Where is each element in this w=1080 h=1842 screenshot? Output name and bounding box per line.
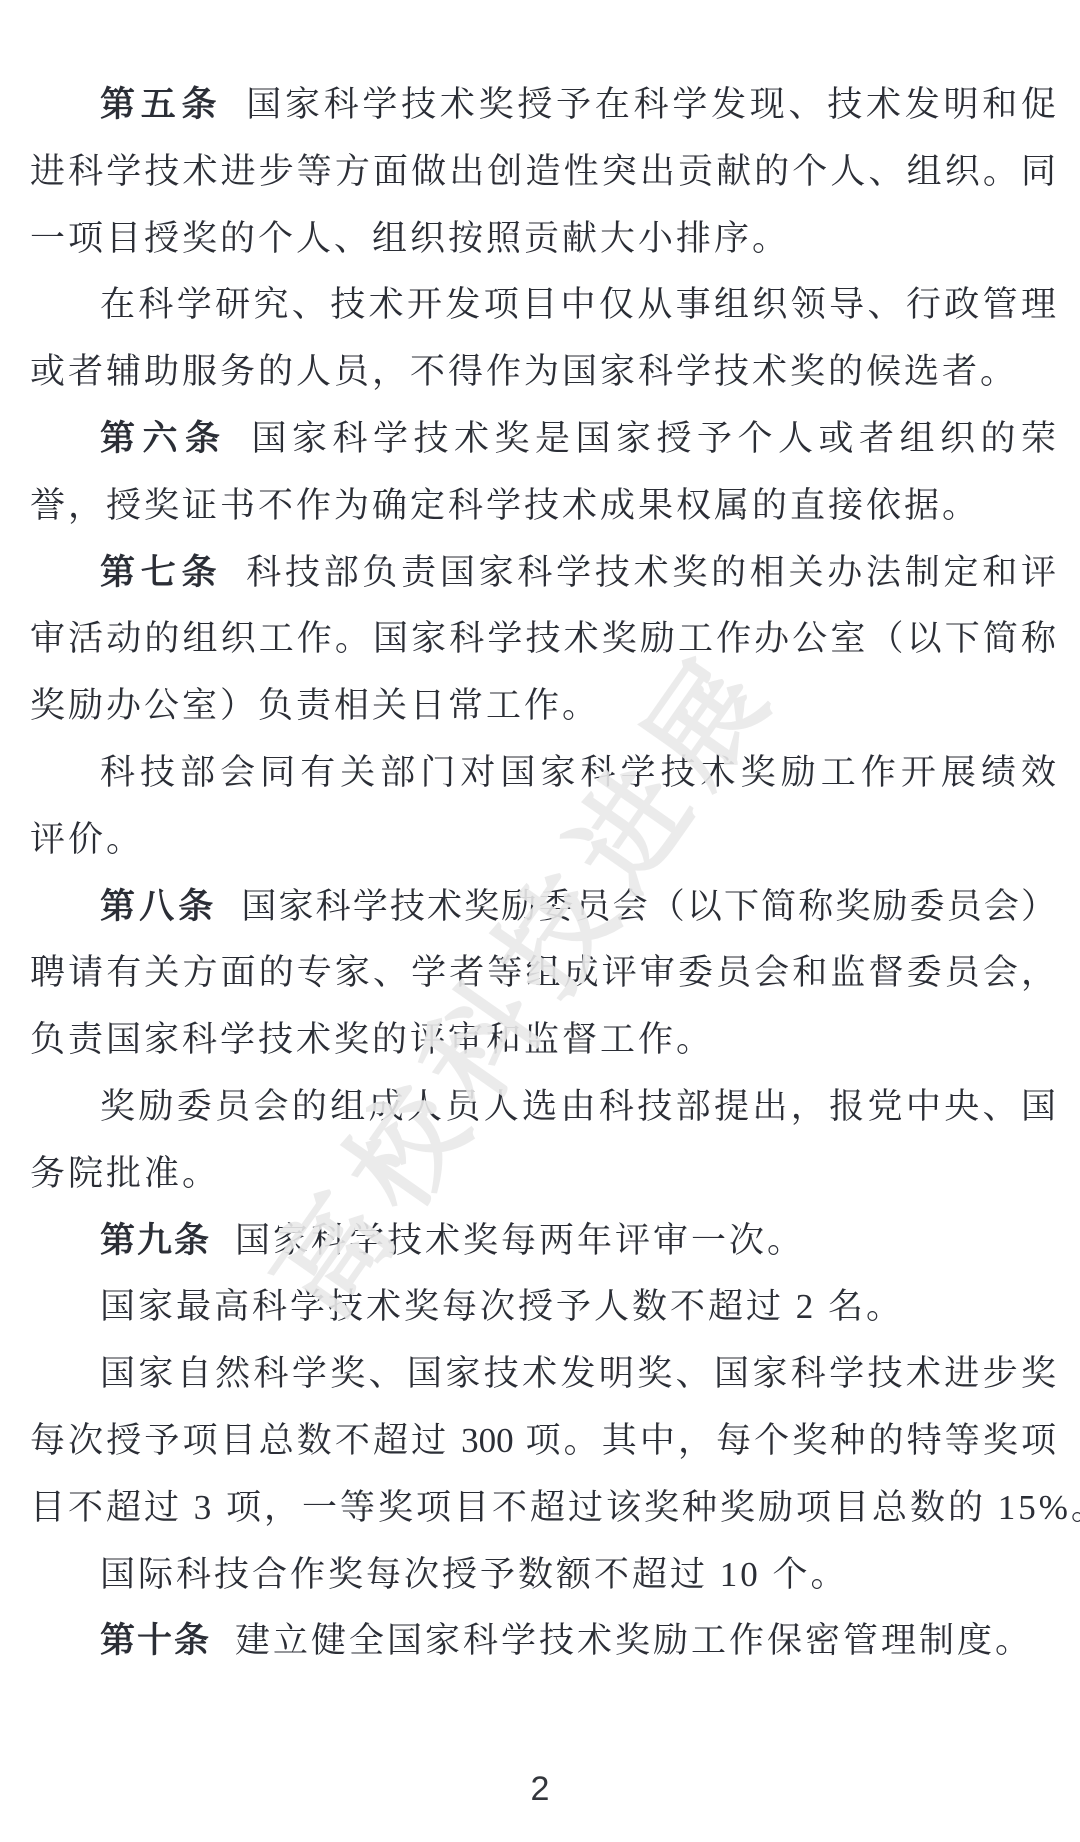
line-text: 每次授予项目总数不超过 300 项。其中，每个奖种的特等奖项	[30, 1421, 1056, 1460]
text-line: 每次授予项目总数不超过 300 项。其中，每个奖种的特等奖项	[30, 1408, 1056, 1475]
text-line: 或者辅助服务的人员，不得作为国家科学技术奖的候选者。	[30, 339, 1056, 406]
line-text: 目不超过 3 项，一等奖项目不超过该奖种奖励项目总数的 15%。	[30, 1488, 1080, 1527]
text-line: 第九条国家科学技术奖每两年评审一次。	[30, 1208, 1056, 1275]
article-number: 第八条	[100, 887, 217, 926]
article-number: 第七条	[100, 553, 222, 592]
line-text: 在科学研究、技术开发项目中仅从事组织领导、行政管理	[100, 285, 1056, 324]
line-text: 科技部会同有关部门对国家科学技术奖励工作开展绩效	[100, 753, 1056, 792]
line-text: 或者辅助服务的人员，不得作为国家科学技术奖的候选者。	[30, 352, 1018, 391]
text-line: 第六条国家科学技术奖是国家授予个人或者组织的荣	[30, 406, 1056, 473]
text-line: 奖励委员会的组成人员人选由科技部提出，报党中央、国	[30, 1074, 1056, 1141]
text-line: 务院批准。	[30, 1141, 1056, 1208]
line-text: 务院批准。	[30, 1154, 220, 1193]
line-text: 国家最高科学技术奖每次授予人数不超过 2 名。	[100, 1287, 904, 1326]
text-line: 国际科技合作奖每次授予数额不超过 10 个。	[30, 1542, 1056, 1609]
text-line: 誉，授奖证书不作为确定科学技术成果权属的直接依据。	[30, 473, 1056, 540]
text-line: 审活动的组织工作。国家科学技术奖励工作办公室（以下简称	[30, 606, 1056, 673]
text-line: 聘请有关方面的专家、学者等组成评审委员会和监督委员会，	[30, 940, 1056, 1007]
text-line: 奖励办公室）负责相关日常工作。	[30, 673, 1056, 740]
text-line: 第十条建立健全国家科学技术奖励工作保密管理制度。	[30, 1608, 1056, 1675]
text-line: 第七条科技部负责国家科学技术奖的相关办法制定和评	[30, 540, 1056, 607]
text-line: 第五条国家科学技术奖授予在科学发现、技术发明和促	[30, 72, 1056, 139]
article-number: 第十条	[100, 1621, 211, 1660]
line-text: 奖励办公室）负责相关日常工作。	[30, 686, 600, 725]
line-text: 审活动的组织工作。国家科学技术奖励工作办公室（以下简称	[30, 619, 1056, 658]
text-line: 国家最高科学技术奖每次授予人数不超过 2 名。	[30, 1274, 1056, 1341]
document-body: 第五条国家科学技术奖授予在科学发现、技术发明和促进科学技术进步等方面做出创造性突…	[30, 72, 1056, 1675]
article-number: 第五条	[100, 85, 222, 124]
line-text: 国家自然科学奖、国家技术发明奖、国家科学技术进步奖	[100, 1354, 1056, 1393]
line-text: 建立健全国家科学技术奖励工作保密管理制度。	[235, 1621, 1033, 1660]
text-line: 负责国家科学技术奖的评审和监督工作。	[30, 1007, 1056, 1074]
document-page: 第五条国家科学技术奖授予在科学发现、技术发明和促进科学技术进步等方面做出创造性突…	[0, 0, 1080, 1842]
article-number: 第九条	[100, 1221, 211, 1260]
line-text: 科技部负责国家科学技术奖的相关办法制定和评	[246, 553, 1056, 592]
line-text: 一项目授奖的个人、组织按照贡献大小排序。	[30, 219, 790, 258]
text-line: 第八条国家科学技术奖励委员会（以下简称奖励委员会）	[30, 874, 1056, 941]
line-text: 誉，授奖证书不作为确定科学技术成果权属的直接依据。	[30, 486, 980, 525]
text-line: 国家自然科学奖、国家技术发明奖、国家科学技术进步奖	[30, 1341, 1056, 1408]
page-number: 2	[0, 1770, 1080, 1809]
text-line: 评价。	[30, 807, 1056, 874]
line-text: 聘请有关方面的专家、学者等组成评审委员会和监督委员会，	[30, 953, 1056, 992]
text-line: 一项目授奖的个人、组织按照贡献大小排序。	[30, 206, 1056, 273]
text-line: 科技部会同有关部门对国家科学技术奖励工作开展绩效	[30, 740, 1056, 807]
text-line: 在科学研究、技术开发项目中仅从事组织领导、行政管理	[30, 272, 1056, 339]
article-number: 第六条	[100, 419, 228, 458]
line-text: 评价。	[30, 820, 144, 859]
line-text: 国家科学技术奖授予在科学发现、技术发明和促	[246, 85, 1056, 124]
line-text: 国家科学技术奖是国家授予个人或者组织的荣	[252, 419, 1056, 458]
text-line: 进科学技术进步等方面做出创造性突出贡献的个人、组织。同	[30, 139, 1056, 206]
line-text: 进科学技术进步等方面做出创造性突出贡献的个人、组织。同	[30, 152, 1056, 191]
line-text: 国家科学技术奖每两年评审一次。	[235, 1221, 805, 1260]
line-text: 奖励委员会的组成人员人选由科技部提出，报党中央、国	[100, 1087, 1056, 1126]
text-line: 目不超过 3 项，一等奖项目不超过该奖种奖励项目总数的 15%。	[30, 1475, 1056, 1542]
line-text: 负责国家科学技术奖的评审和监督工作。	[30, 1020, 714, 1059]
line-text: 国际科技合作奖每次授予数额不超过 10 个。	[100, 1555, 849, 1594]
line-text: 国家科学技术奖励委员会（以下简称奖励委员会）	[241, 887, 1056, 926]
